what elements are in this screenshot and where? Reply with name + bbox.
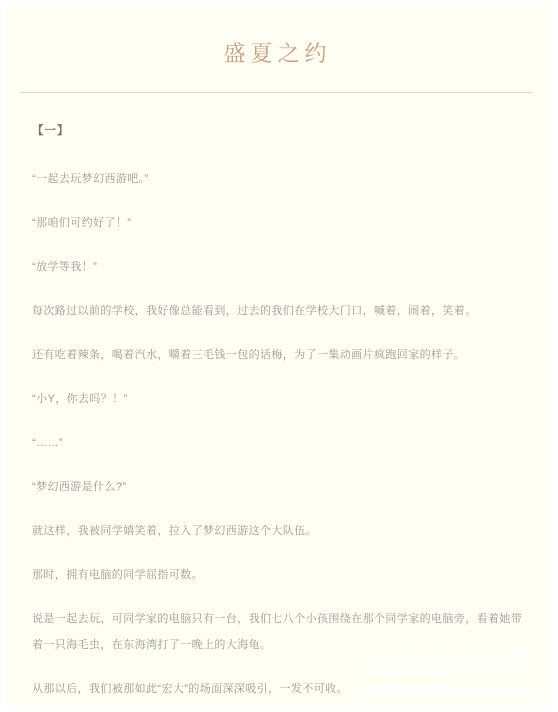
paragraph: 那时，拥有电脑的同学屈指可数。 (32, 562, 527, 588)
paragraph: “那咱们可约好了！” (32, 210, 527, 236)
paragraph: “梦幻西游是什么?” (32, 474, 527, 500)
paragraph: “放学等我！” (32, 254, 527, 280)
section-label: 【一】 (32, 118, 527, 144)
paragraph: “……” (32, 430, 527, 456)
paragraph: 说是一起去玩，可同学家的电脑只有一台，我们七八个小孩围绕在那个同学家的电脑旁，看… (32, 606, 527, 658)
paragraph: 每次路过以前的学校，我好像总能看到，过去的我们在学校大门口，喊着，闹着，笑着。 (32, 298, 527, 324)
page-title: 盛夏之约 (28, 36, 527, 72)
paragraph: “一起去玩梦幻西游吧。” (32, 166, 527, 192)
paragraph: 就这样，我被同学嬉笑着，拉入了梦幻西游这个大队伍。 (32, 518, 527, 544)
paragraph: “小Y，你去吗？！” (32, 386, 527, 412)
article-card: 盛夏之约 【一】 “一起去玩梦幻西游吧。” “那咱们可约好了！” “放学等我！”… (6, 6, 551, 706)
page-background: { "article": { "title": "盛夏之约", "section… (0, 0, 558, 712)
paragraph: 从那以后，我们被那如此“宏大”的场面深深吸引，一发不可收。 (32, 676, 527, 702)
article-body: 【一】 “一起去玩梦幻西游吧。” “那咱们可约好了！” “放学等我！” 每次路过… (28, 118, 527, 702)
title-divider (20, 92, 533, 94)
paragraph: 还有吃着辣条，喝着汽水，嚼着三毛钱一包的话梅，为了一集动画片疯跑回家的样子。 (32, 342, 527, 368)
